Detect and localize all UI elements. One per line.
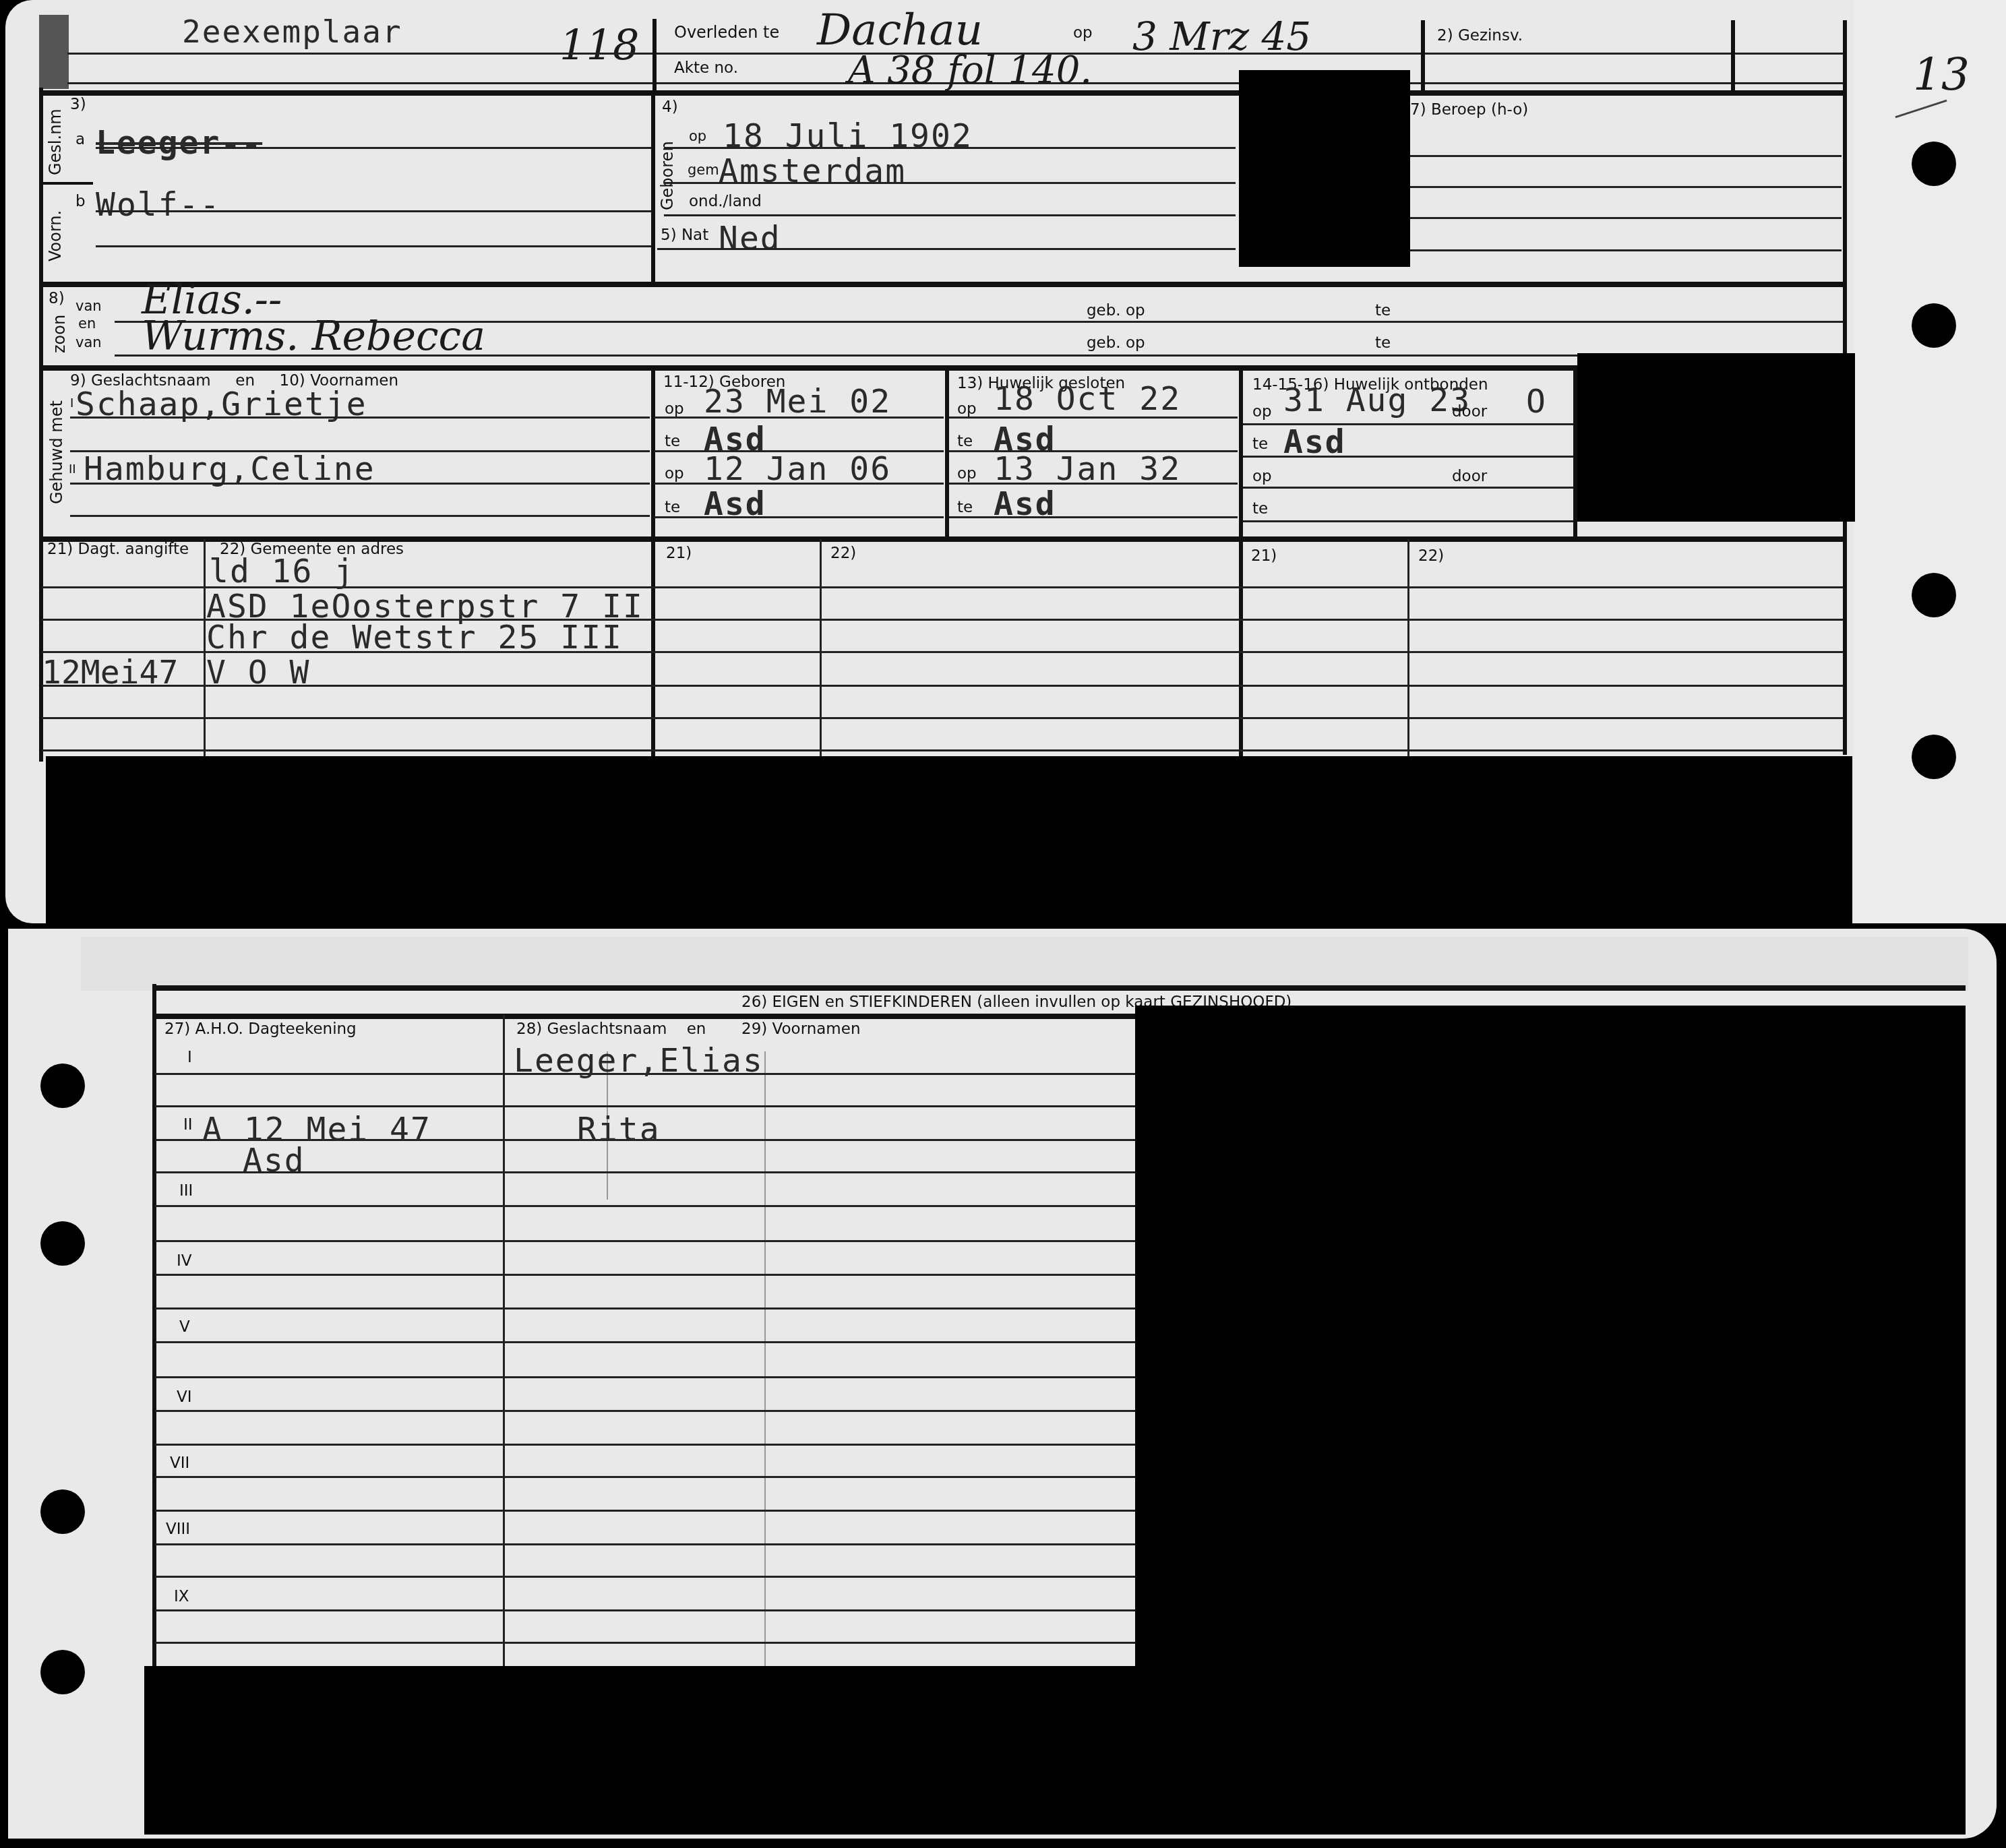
occupation-line-1: [1410, 155, 1842, 157]
address-date-header-3: 21): [1251, 547, 1277, 565]
child-line: [155, 1376, 1136, 1378]
nationality-value: Ned: [719, 220, 781, 257]
address-date-header: 21) Dagt. aangifte: [47, 541, 189, 558]
given-marker: b: [75, 193, 86, 210]
addr-line-5: [42, 717, 1843, 719]
address-row-1: ld 16 j: [209, 553, 355, 590]
surname-marker: a: [75, 131, 85, 148]
birth-country-label: ond./land: [689, 193, 762, 210]
birth-date-line: [664, 147, 1236, 149]
household-label: 2) Gezinsv.: [1437, 27, 1523, 44]
child-line: [155, 1240, 1136, 1242]
spouse-1-born-op: op: [665, 400, 684, 418]
addr-line-6: [42, 749, 1843, 751]
divider-header-left: [652, 19, 657, 93]
divider-household-right: [1731, 20, 1735, 93]
death-place-label: Overleden te: [674, 23, 779, 42]
given-names-value: Wolf--: [96, 186, 220, 224]
spouse-2-line: [70, 483, 650, 485]
spouse-1-born-line: [654, 417, 944, 419]
birth-country-line: [664, 214, 1236, 216]
spouse-2-married-op: op: [957, 465, 977, 483]
punch-hole: [40, 1650, 85, 1694]
child-line: [155, 1576, 1136, 1578]
occupation-line-3: [1410, 217, 1842, 219]
corner-number: 13: [1913, 49, 1970, 100]
death-date-label: op: [1073, 24, 1093, 42]
child-line: [155, 1609, 1136, 1611]
mother-born-at-label: te: [1375, 334, 1391, 352]
occupation-label: 7) Beroep (h-o): [1410, 101, 1528, 119]
child-2-aho-place: Asd: [243, 1142, 305, 1179]
child-1-name: Leeger,Elias: [514, 1042, 764, 1080]
children-divider-2: [764, 1051, 766, 1671]
divider-marr-2: [945, 369, 949, 538]
spouse-1-born-date: 23 Mei 02: [704, 383, 891, 421]
addr-divider-5: [1407, 539, 1409, 756]
spouse-1-dissolved-door: door: [1452, 403, 1487, 421]
address-date-header-2: 21): [666, 545, 692, 562]
child-4-numeral: IV: [177, 1252, 192, 1270]
spouse-2-born-place-line: [654, 516, 944, 518]
spouse-1-born-te: te: [665, 433, 680, 450]
spouse-2-born-op: op: [665, 465, 684, 483]
child-line: [155, 1105, 1136, 1107]
spouse-2-born-te: te: [665, 499, 680, 516]
card-number-handwritten: 118: [559, 20, 639, 69]
bottom-left-border: [152, 984, 156, 1671]
names-field-no: 3): [70, 96, 86, 113]
child-line: [155, 1476, 1136, 1478]
address-row-3: Chr de Wetstr 25 III: [206, 619, 623, 656]
address-date-row-4: 12Mei47: [42, 654, 178, 691]
child-1-numeral: I: [187, 1049, 192, 1066]
child-2-name: Rita: [577, 1111, 661, 1148]
death-place: Dachau: [817, 5, 983, 55]
punch-hole: [40, 1064, 85, 1108]
punch-hole: [40, 1221, 85, 1266]
child-2-aho: A 12 Mei 47: [202, 1111, 431, 1148]
child-line: [155, 1274, 1136, 1276]
spouse-2-married-line: [949, 483, 1238, 485]
addr-divider-4: [1239, 539, 1243, 756]
top-card-right-margin: [1854, 0, 2006, 923]
birth-date: 18 Juli 1902: [723, 117, 973, 155]
child-line: [155, 1205, 1136, 1207]
surname-line: [96, 147, 651, 149]
spouse-2-born-line: [654, 483, 944, 485]
spouse-1-married-op: op: [957, 400, 977, 418]
child-3-numeral: III: [179, 1182, 193, 1200]
divider-household: [1421, 20, 1425, 93]
spouse-1-numeral: I: [70, 396, 73, 410]
punch-hole: [40, 1489, 85, 1534]
bottom-title-rule: [152, 1014, 1136, 1019]
parents-side-label: zoon: [50, 315, 69, 353]
father-born-label: geb. op: [1087, 302, 1145, 319]
punch-hole: [1912, 573, 1956, 617]
redaction-children-right: [1135, 1006, 1966, 1680]
spouse-1-dissolved-date: 31 Aug 23: [1283, 381, 1471, 419]
nationality-line: [657, 248, 1236, 250]
nationality-label: 5) Nat: [661, 226, 708, 244]
address-header-3: 22): [1418, 547, 1444, 565]
married-side-label: Gehuwd met: [47, 400, 66, 504]
birth-date-label: op: [689, 128, 706, 144]
names-bottom-rule: [39, 282, 1847, 287]
birth-municipality: Amsterdam: [719, 152, 906, 190]
redaction-top-card-bottom: [46, 756, 1852, 929]
names-side-divider: [39, 182, 93, 185]
divider-names-birth: [651, 93, 655, 283]
address-header-2: 22): [830, 545, 856, 562]
punch-hole: [1912, 735, 1956, 779]
birth-field-no: 4): [662, 98, 678, 116]
spouse-2-numeral: II: [69, 462, 76, 476]
children-given-header: 29) Voornamen: [741, 1020, 861, 1038]
spouse-1-married-date: 18 Oct 22: [994, 380, 1181, 418]
spouse-2-dissolved-door: door: [1452, 468, 1487, 485]
given-line: [96, 210, 651, 212]
act-number: A 38 fol 140.: [848, 49, 1092, 92]
addr-divider-1: [204, 539, 206, 756]
father-born-at-label: te: [1375, 302, 1391, 319]
redaction-photo-block: [1239, 70, 1410, 267]
child-6-numeral: VI: [177, 1388, 192, 1406]
parents-en-label: en: [78, 315, 96, 332]
child-line: [155, 1307, 1136, 1310]
spouse-1-dissolved-by: O: [1526, 383, 1547, 421]
bottom-card-header-strip: [81, 937, 1968, 991]
addr-line-4: [42, 685, 1843, 687]
spouse-2-dissolved-te: te: [1252, 500, 1268, 518]
spouse-1-married-te: te: [957, 433, 973, 450]
addr-divider-2: [651, 539, 655, 756]
occupation-line-4: [1410, 249, 1842, 251]
child-2-numeral: II: [183, 1116, 193, 1134]
addr-divider-3: [820, 539, 822, 756]
surname-side-label: Gesl.nm: [46, 109, 65, 175]
death-date: 3 Mrz 45: [1132, 13, 1311, 59]
header-bottom-rule: [39, 90, 1847, 96]
occupation-line-2: [1410, 186, 1842, 188]
child-5-numeral: V: [179, 1318, 190, 1336]
mother-name: Wurms. Rebecca: [142, 313, 485, 360]
spouse-1-line: [70, 417, 650, 419]
spouse-1-married-line: [949, 417, 1238, 419]
child-line: [155, 1410, 1136, 1412]
given-line-2: [96, 245, 651, 247]
children-surname-header: 28) Geslachtsnaam en: [516, 1020, 706, 1038]
spouse-1-dissolved-place-line: [1243, 456, 1573, 458]
copy-label: 2eexemplaar: [182, 13, 402, 50]
child-9-numeral: IX: [174, 1588, 189, 1605]
punch-hole: [1912, 142, 1956, 186]
child-line: [155, 1510, 1136, 1512]
act-number-label: Akte no.: [674, 59, 738, 77]
left-binding-strip: [39, 15, 69, 89]
birth-municipality-label: gem: [688, 162, 719, 178]
spouse-2-dissolved-place-line: [1243, 520, 1573, 522]
spouse-2-line-2: [70, 515, 650, 517]
child-8-numeral: VIII: [166, 1520, 190, 1538]
spouse-2-married-te: te: [957, 499, 973, 516]
child-line: [155, 1543, 1136, 1545]
redaction-marriage-right: [1577, 353, 1855, 522]
child-line: [155, 1642, 1136, 1644]
punch-hole: [1912, 303, 1956, 348]
given-side-label: Voorn.: [46, 210, 65, 261]
mother-van-label: van: [75, 334, 102, 350]
spouse-2-dissolved-line: [1243, 487, 1573, 489]
parents-field-no: 8): [49, 290, 65, 307]
children-date-header: 27) A.H.O. Dagteekening: [164, 1020, 357, 1038]
child-line: [155, 1444, 1136, 1446]
divider-marr-1: [651, 369, 655, 538]
spouse-2-married-place-line: [949, 516, 1238, 518]
address-row-4: V O W: [206, 654, 311, 691]
father-van-label: van: [75, 298, 102, 314]
redaction-bottom-card-footer: [144, 1666, 1966, 1835]
spouse-1-dissolved-op: op: [1252, 403, 1272, 421]
child-line: [155, 1341, 1136, 1343]
birth-side-label: Geboren: [658, 141, 677, 210]
divider-marr-3: [1239, 369, 1243, 538]
child-7-numeral: VII: [170, 1454, 189, 1472]
mother-born-label: geb. op: [1087, 334, 1145, 352]
spouse-1-dissolved-te: te: [1252, 435, 1268, 453]
birth-municipality-line: [664, 182, 1236, 184]
spouse-2-dissolved-op: op: [1252, 468, 1272, 485]
bottom-top-rule: [152, 985, 1966, 991]
surname-value: Leeger--: [96, 124, 262, 162]
